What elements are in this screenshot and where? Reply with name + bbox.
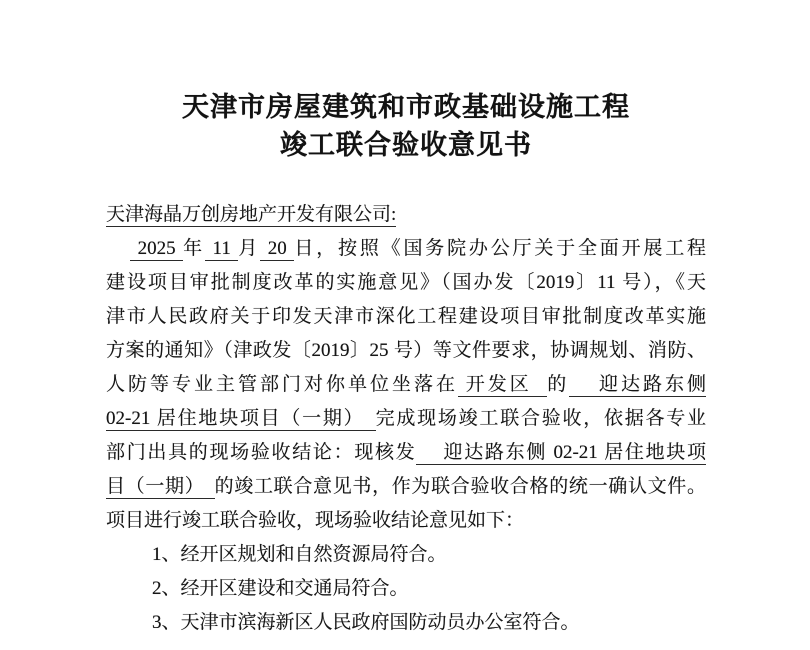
text-line: 津市人民政府关于印发天津市深化工程建设项目审批制度改革实施: [106, 300, 706, 334]
underlined-blank-text: 目（一期）: [106, 476, 215, 499]
document-title-line-1: 天津市房屋建筑和市政基础设施工程: [106, 88, 706, 126]
underlined-blank-text: 20: [260, 238, 294, 261]
document-body: 天津海晶万创房地产开发有限公司: 2025 年 11 月 20 日，按照《国务院…: [106, 198, 706, 640]
text-segment: 的竣工联合意见书，作为联合验收合格的统一确认文件。: [215, 476, 706, 497]
text-segment: 2、经开区建设和交通局符合。: [152, 578, 409, 599]
text-segment: 部门出具的现场验收结论：现核发: [106, 442, 416, 463]
text-segment: 完成现场竣工联合验收，依据各专业: [376, 408, 706, 429]
text-segment: 的: [547, 374, 569, 395]
underlined-blank-text: 11: [205, 238, 238, 261]
text-segment: 3、天津市滨海新区人民政府国防动员办公室符合。: [152, 612, 580, 633]
text-line: 3、天津市滨海新区人民政府国防动员办公室符合。: [106, 606, 706, 640]
text-segment: 人防等专业主管部门对你单位坐落在: [106, 374, 458, 395]
text-line: 天津海晶万创房地产开发有限公司:: [106, 198, 706, 232]
text-segment: 津市人民政府关于印发天津市深化工程建设项目审批制度改革实施: [106, 306, 706, 327]
underlined-blank-text: 02-21 居住地块项目（一期）: [106, 408, 376, 431]
text-segment: 日，按照《国务院办公厅关于全面开展工程: [294, 238, 706, 259]
text-line: 人防等专业主管部门对你单位坐落在 开发区 的 迎达路东侧: [106, 368, 706, 402]
text-line: 项目进行竣工联合验收，现场验收结论意见如下：: [106, 504, 706, 538]
text-line: 2025 年 11 月 20 日，按照《国务院办公厅关于全面开展工程: [106, 232, 706, 266]
underlined-blank-text: 开发区: [458, 374, 547, 397]
document-content: 天津市房屋建筑和市政基础设施工程 竣工联合验收意见书 天津海晶万创房地产开发有限…: [106, 88, 706, 640]
text-segment: 建设项目审批制度改革的实施意见》（国办发〔2019〕11 号），《天: [106, 272, 706, 293]
text-segment: 方案的通知》（津政发〔2019〕25 号）等文件要求，协调规划、消防、: [106, 340, 706, 361]
underlined-blank-text: 迎达路东侧 02-21 居住地块项: [416, 442, 706, 465]
text-line: 建设项目审批制度改革的实施意见》（国办发〔2019〕11 号），《天: [106, 266, 706, 300]
text-line: 目（一期） 的竣工联合意见书，作为联合验收合格的统一确认文件。: [106, 470, 706, 504]
text-segment: 项目进行竣工联合验收，现场验收结论意见如下：: [106, 510, 524, 531]
text-line: 部门出具的现场验收结论：现核发 迎达路东侧 02-21 居住地块项: [106, 436, 706, 470]
document-title-line-2: 竣工联合验收意见书: [106, 126, 706, 164]
text-segment: 月: [238, 238, 260, 259]
text-segment: 年: [183, 238, 205, 259]
text-line: 方案的通知》（津政发〔2019〕25 号）等文件要求，协调规划、消防、: [106, 334, 706, 368]
text-line: 1、经开区规划和自然资源局符合。: [106, 538, 706, 572]
document-title: 天津市房屋建筑和市政基础设施工程 竣工联合验收意见书: [106, 88, 706, 164]
underlined-blank-text: 2025: [130, 238, 183, 261]
text-line: 02-21 居住地块项目（一期） 完成现场竣工联合验收，依据各专业: [106, 402, 706, 436]
underlined-blank-text: 天津海晶万创房地产开发有限公司:: [106, 204, 396, 227]
scanned-document-page: 天津市房屋建筑和市政基础设施工程 竣工联合验收意见书 天津海晶万创房地产开发有限…: [0, 0, 810, 650]
text-segment: 1、经开区规划和自然资源局符合。: [152, 544, 447, 565]
underlined-blank-text: 迎达路东侧: [569, 374, 706, 397]
text-line: 2、经开区建设和交通局符合。: [106, 572, 706, 606]
